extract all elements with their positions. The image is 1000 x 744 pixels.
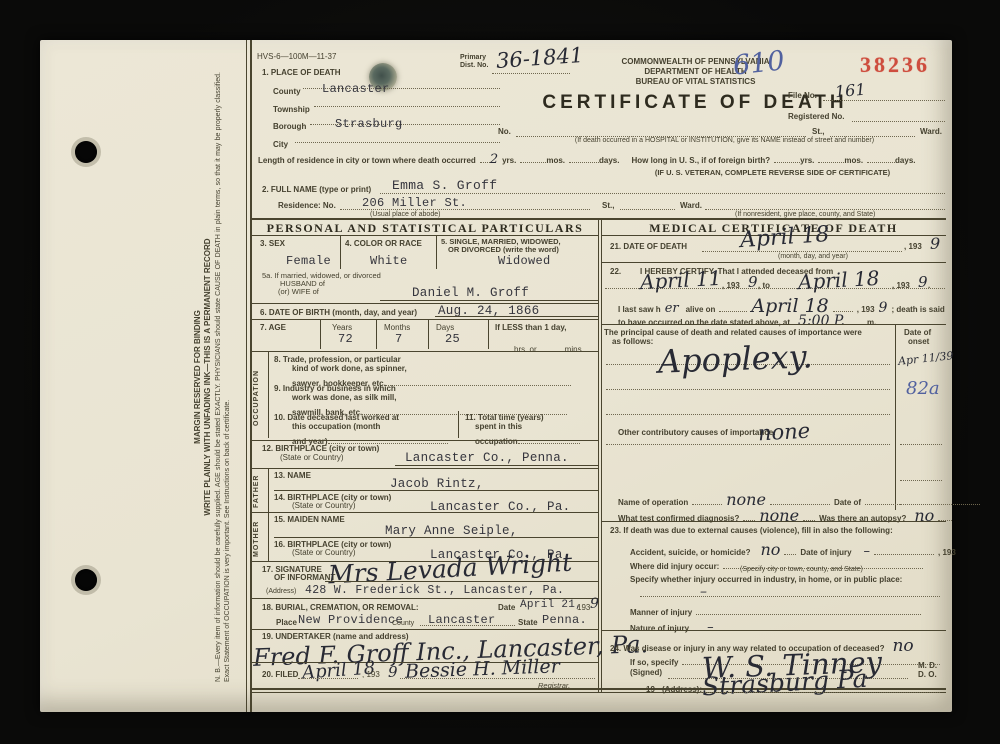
burial-year-print: 193 xyxy=(577,603,590,612)
certify-year1-print: , 193 xyxy=(722,281,740,290)
township-label: Township xyxy=(273,105,310,114)
time-hand: 5:00 P. xyxy=(798,313,845,329)
main-top-rule xyxy=(252,218,946,220)
column-divider-1 xyxy=(598,218,599,692)
burial-place-value: New Providence xyxy=(298,613,403,627)
certify-to-label: , to xyxy=(758,281,770,290)
dist-no-label: Dist. No. xyxy=(460,62,488,69)
age-rule xyxy=(252,351,598,352)
dob-label: 6. DATE OF BIRTH (month, day, and year) xyxy=(260,308,417,317)
sex-value: Female xyxy=(286,254,331,268)
age-div-2 xyxy=(376,319,377,349)
mos-label: mos. xyxy=(546,156,565,165)
burial-state-value: Penna. xyxy=(542,613,587,627)
sex-label: 3. SEX xyxy=(260,239,285,248)
f13-label: 13. NAME xyxy=(274,471,311,480)
city-line xyxy=(295,142,500,143)
age-less-label: If LESS than 1 day, xyxy=(495,323,566,332)
dod-label: 21. DATE OF DEATH xyxy=(610,242,687,251)
dob-rule xyxy=(252,319,598,320)
nature-label: Nature of injury xyxy=(630,624,689,633)
age-hrs-mins: hrs. or mins. xyxy=(492,339,584,357)
county-value: Lancaster xyxy=(322,82,390,96)
dob-underline xyxy=(435,316,598,317)
item8-line2: kind of work done, as spinner, xyxy=(292,364,407,373)
place-of-death-label: 1. PLACE OF DEATH xyxy=(262,68,341,77)
residence-length-label: Length of residence in city or town wher… xyxy=(258,156,476,165)
burial-date-label: Date xyxy=(498,603,515,612)
onset-value: Apr 11/39 xyxy=(897,349,954,368)
m16-label2: (State or Country) xyxy=(292,548,356,557)
occupation-rule xyxy=(252,440,598,441)
sex-color-divider xyxy=(340,235,341,269)
full-name-value: Emma S. Groff xyxy=(392,178,497,193)
occurred-text: to have occurred on the date stated abov… xyxy=(618,318,790,327)
margin-line2: WRITE PLAINLY WITH UNFADING INK—THIS IS … xyxy=(203,72,212,682)
bp12-label2: (State or Country) xyxy=(280,453,344,462)
certify-year2-hand: 9 xyxy=(918,273,928,291)
do-label: D. O. xyxy=(918,670,937,679)
m15-underline xyxy=(274,537,598,538)
nonresident-note: (If nonresident, give place, county, and… xyxy=(735,211,875,218)
personal-header-rule xyxy=(252,235,598,236)
contrib-dotline-1 xyxy=(606,444,890,445)
specify-dash: – xyxy=(700,584,707,600)
nature-line: Nature of injury – xyxy=(630,618,918,636)
column-divider-2 xyxy=(601,218,602,692)
township-line xyxy=(314,106,500,107)
veteran-note: (IF U. S. VETERAN, COMPLETE REVERSE SIDE… xyxy=(595,168,950,177)
burial-county-line xyxy=(420,625,515,626)
filed-year-print: , 193 xyxy=(362,670,380,679)
residence-st-line xyxy=(620,209,675,210)
certificate-stamp-number: 38236 xyxy=(860,52,930,78)
filed-date-line xyxy=(298,678,358,679)
filed-year-hand: 9 xyxy=(388,663,398,681)
age-label: 7. AGE xyxy=(260,323,286,332)
color-race-value: White xyxy=(370,254,408,268)
bp12-rule xyxy=(252,468,598,469)
abode-note: (Usual place of abode) xyxy=(370,211,440,218)
age-days-value: 25 xyxy=(445,332,460,346)
onset-divider xyxy=(895,324,896,510)
registered-no-label: Registered No. xyxy=(788,112,844,121)
dod-rule xyxy=(601,262,946,263)
yrs-label: yrs. xyxy=(502,156,516,165)
color-marital-divider xyxy=(436,235,437,269)
m15-label: 15. MAIDEN NAME xyxy=(274,515,345,524)
f13-underline xyxy=(274,490,598,491)
cause-dotline-2 xyxy=(606,389,890,390)
punch-hole-top xyxy=(75,141,97,163)
item9-line1: 9. Industry or business in which xyxy=(274,384,396,393)
file-no-value: 161 xyxy=(834,80,866,102)
sig-address-label: (Address): xyxy=(662,685,702,694)
f14-label2: (State or Country) xyxy=(292,501,356,510)
dod-note: (month, day, and year) xyxy=(778,253,848,260)
dod-hand: April 18 xyxy=(739,222,830,253)
certify-to-hand: April 18 xyxy=(797,266,880,294)
occupation-cell-divider xyxy=(268,351,269,438)
days-label: days. xyxy=(599,156,619,165)
age-div-1 xyxy=(320,319,321,349)
ifso-label: If so, specify xyxy=(630,658,678,667)
residence-line xyxy=(340,209,590,210)
md-label: M. D. xyxy=(918,661,937,670)
age-months-value: 7 xyxy=(395,332,403,346)
spouse-label-3: (or) WIFE of xyxy=(278,287,319,296)
age-months-label: Months xyxy=(384,323,410,332)
color-race-label: 4. COLOR OR RACE xyxy=(345,239,422,248)
specify-dotline xyxy=(640,596,940,597)
father-cell-divider xyxy=(268,468,269,512)
st-label: St., xyxy=(812,127,824,136)
item24-rule xyxy=(601,630,946,631)
borough-label: Borough xyxy=(273,122,306,131)
hrs-label: hrs. or xyxy=(514,345,537,354)
burial-county-label: County xyxy=(392,620,414,627)
m-label: m. xyxy=(867,318,876,327)
informant-underline xyxy=(325,581,598,582)
filed-label: 20. FILED xyxy=(262,670,298,679)
test-value: none xyxy=(759,506,799,525)
onset-dotline-1 xyxy=(900,444,942,445)
cause-value: Apoplexy. xyxy=(657,337,813,380)
father-rule xyxy=(252,512,598,513)
item11-line2: spent in this xyxy=(475,422,522,431)
residence-length-line: Length of residence in city or town wher… xyxy=(258,150,916,168)
m15-value: Mary Anne Seiple, xyxy=(385,524,518,538)
contributory-value: none xyxy=(757,419,810,446)
ward-label: Ward. xyxy=(920,127,942,136)
full-name-line xyxy=(380,193,945,194)
f13-value: Jacob Rintz, xyxy=(390,477,484,491)
manner-label: Manner of injury xyxy=(630,608,692,617)
burial-place-label: Place xyxy=(276,618,297,627)
item11-line1: 11. Total time (years) xyxy=(465,413,544,422)
county-label: County xyxy=(273,87,301,96)
father-side-label: FATHER xyxy=(253,470,260,512)
dod-line xyxy=(702,251,902,252)
no-label: No. xyxy=(498,127,511,136)
specify-label: Specify whether injury occurred in indus… xyxy=(630,575,902,584)
form-code: HVS-6—100M—11-37 xyxy=(257,52,336,61)
registrar-line xyxy=(400,678,595,679)
file-no-line xyxy=(823,100,945,101)
age-div-3 xyxy=(428,319,429,349)
hospital-note: (If death occurred in a HOSPITAL or INST… xyxy=(502,137,947,144)
marital-value: Widowed xyxy=(498,254,551,268)
scanner-background: MARGIN RESERVED FOR BINDING WRITE PLAINL… xyxy=(0,0,1000,744)
margin-note: N. B.—Every item of information should b… xyxy=(214,72,232,682)
binding-margin-text: MARGIN RESERVED FOR BINDING WRITE PLAINL… xyxy=(193,72,251,682)
sig-address-dotline xyxy=(700,692,940,693)
margin-line1: MARGIN RESERVED FOR BINDING xyxy=(193,72,202,682)
certificate-paper: MARGIN RESERVED FOR BINDING WRITE PLAINL… xyxy=(40,40,952,712)
personal-section-header: PERSONAL AND STATISTICAL PARTICULARS xyxy=(252,221,598,236)
age-years-value: 72 xyxy=(338,332,353,346)
signed-label: (Signed) xyxy=(630,668,662,677)
certify-year2-print: , 193 xyxy=(892,281,910,290)
onset-label1: Date of xyxy=(904,328,931,337)
cause-intro2: as follows: xyxy=(612,337,653,346)
lastsaw-year-hand: 9 xyxy=(879,300,888,316)
city-label: City xyxy=(273,140,288,149)
mins-label: mins. xyxy=(565,345,584,354)
certify-year1-hand: 9 xyxy=(748,273,758,291)
certify-period: . xyxy=(928,281,930,290)
bp12-label1: 12. BIRTHPLACE (city or town) xyxy=(262,444,379,453)
days-label-2: days. xyxy=(895,156,915,165)
primary-line xyxy=(492,73,570,74)
death-said: ; death is said xyxy=(891,305,944,314)
item8-line1: 8. Trade, profession, or particular xyxy=(274,355,401,364)
onset-dotline-2 xyxy=(900,480,942,481)
residence-ward-label: Ward. xyxy=(680,201,702,210)
informant-address-label: (Address) xyxy=(266,588,296,595)
burial-year-hand: 9 xyxy=(590,596,599,612)
spouse-value: Daniel M. Groff xyxy=(412,286,529,300)
bp12-underline xyxy=(395,465,598,466)
item10-11-divider xyxy=(458,411,459,438)
primary-label: Primary xyxy=(460,54,486,61)
item10-line2: this occupation (month xyxy=(292,422,380,431)
rule-binding-1 xyxy=(246,40,247,712)
bureau-line: BUREAU OF VITAL STATISTICS xyxy=(568,77,823,86)
spouse-underline xyxy=(380,300,598,301)
dod-year-hand: 9 xyxy=(930,234,940,253)
foreign-birth-question: How long in U. S., if of foreign birth? xyxy=(631,156,770,165)
punch-hole-bottom xyxy=(75,569,97,591)
age-div-4 xyxy=(488,319,489,349)
occupation-side-label: OCCUPATION xyxy=(253,358,260,438)
external-label: 23. If death was due to external causes … xyxy=(610,526,893,535)
item11-line3: occupation xyxy=(475,437,518,446)
full-name-label: 2. FULL NAME (type or print) xyxy=(262,185,371,194)
where-note: (Specify city or town, county, and State… xyxy=(740,566,863,573)
informant-address-value: 428 W. Frederick St., Lancaster, Pa. xyxy=(305,584,564,597)
item23-rule xyxy=(601,521,946,522)
nature-dash: – xyxy=(707,620,714,635)
residence-no-label: Residence: No. xyxy=(278,201,336,210)
where-label: Where did injury occur: xyxy=(630,562,719,571)
row5-rule xyxy=(252,303,598,304)
burial-date-value: April 21, xyxy=(520,599,582,611)
blue-number: 610 xyxy=(732,45,787,81)
rule-binding-2 xyxy=(250,40,252,712)
file-no-label: File No. xyxy=(788,91,817,100)
residence-no-value: 206 Miller St. xyxy=(362,196,467,210)
residence-st-label: St., xyxy=(602,201,614,210)
injury-year-label: , 193 xyxy=(938,548,956,557)
item9-line2: work was done, as silk mill, xyxy=(292,393,396,402)
dod-year-print: , 193 xyxy=(904,242,922,251)
contributory-label: Other contributory causes of importance: xyxy=(618,428,776,437)
item10-line1: 10. Date deceased last worked at xyxy=(274,413,399,422)
burial-label: 18. BURIAL, CREMATION, OR REMOVAL: xyxy=(262,603,419,612)
burial-state-label: State xyxy=(518,618,538,627)
residence-yrs-value: 2 xyxy=(490,152,498,167)
mother-cell-divider xyxy=(268,512,269,562)
cause-intro1: The principal cause of death and related… xyxy=(604,328,862,337)
yrs-label-2: yrs. xyxy=(800,156,814,165)
borough-value: Strasburg xyxy=(335,117,403,131)
burial-rule xyxy=(252,629,598,630)
autopsy-value: no xyxy=(914,506,934,525)
certify-num: 22. xyxy=(610,267,621,276)
registrar-label: Registrar. xyxy=(538,681,570,690)
residence-ward-line xyxy=(705,209,945,210)
mos-label-2: mos. xyxy=(844,156,863,165)
bp12-value: Lancaster Co., Penna. xyxy=(405,451,569,465)
mother-side-label: MOTHER xyxy=(253,518,260,560)
registered-no-line xyxy=(852,121,945,122)
marital-label-2: OR DIVORCED (write the word) xyxy=(448,245,559,254)
age-years-label: Years xyxy=(332,323,352,332)
onset-label2: onset xyxy=(908,337,929,346)
code-blue-value: 82a xyxy=(906,378,940,399)
year19-label: 19 xyxy=(646,685,655,694)
cause-dotline-3 xyxy=(606,414,890,415)
test-line: What test confirmed diagnosis? none Was … xyxy=(618,506,952,526)
age-days-label: Days xyxy=(436,323,454,332)
certify-from-hand: April 11 xyxy=(639,266,722,294)
